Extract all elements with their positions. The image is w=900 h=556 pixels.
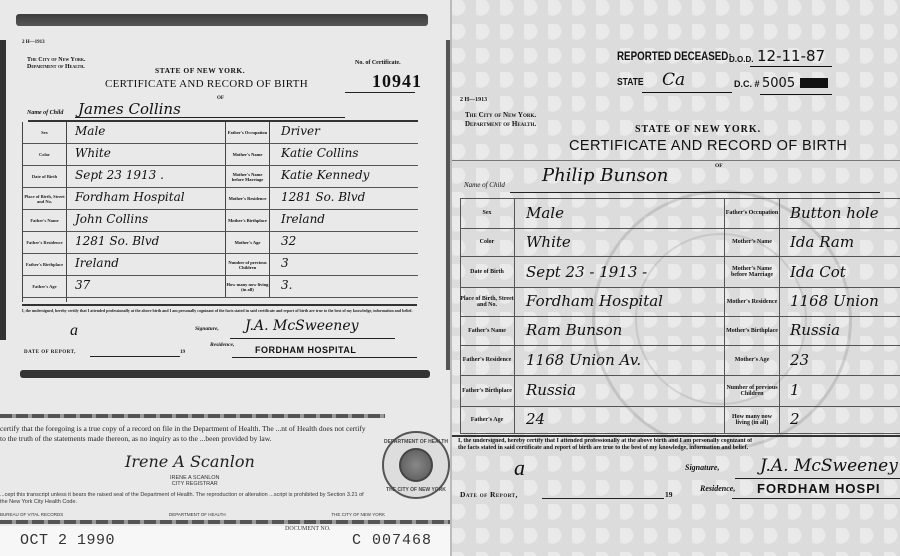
border-pattern (0, 414, 385, 418)
field-value: Fordham Hospital (75, 190, 185, 204)
table-row: Father's Name John Collins Mother's Birt… (23, 210, 418, 232)
field-value: 3 (281, 256, 289, 270)
field-label: Mother's Age (225, 232, 270, 253)
date-of-report-label: DATE OF REPORT, (24, 350, 76, 355)
border-pattern (0, 520, 450, 524)
field-value: 1281 So. Blvd (75, 234, 159, 248)
table-row: Father's Residence 1168 Union Av. Mother… (460, 346, 900, 376)
field-value: Katie Collins (281, 146, 359, 160)
field-value: Russia (790, 321, 900, 339)
table-row: Father's Birthplace Russia Number of pre… (460, 376, 900, 407)
of-label: OF (715, 163, 723, 169)
attestation-text: I, the undersigned, hereby certify that … (458, 438, 900, 452)
field-value: 1168 Union (790, 292, 900, 310)
date-of-report-year: 19 (665, 490, 673, 499)
table-row: Date of Birth Sept 23 1913 . Mother's Na… (23, 166, 418, 188)
copy-shadow-top (16, 14, 428, 26)
date-of-death: 12-11-87 (757, 47, 825, 65)
divider (760, 94, 832, 95)
certificate-title: CERTIFICATE AND RECORD OF BIRTH (105, 78, 308, 90)
footer-department: DEPARTMENT OF HEALTH (169, 512, 226, 517)
reproduction-warning: ...cept this transcript unless it bears … (0, 492, 370, 506)
attestation-line: the facts stated in said certificate and… (458, 445, 900, 452)
field-label: Father's Age (460, 407, 514, 433)
death-certificate-number: 5005 (762, 76, 795, 91)
footer-bureau: BUREAU OF VITAL RECORDS (0, 512, 63, 517)
department-of-health-seal-icon: DEPARTMENT OF HEALTH THE CITY OF NEW YOR… (382, 431, 450, 499)
field-value: Male (75, 124, 105, 138)
signature-label: Signature, (195, 326, 219, 332)
field-value: Driver (281, 124, 320, 138)
death-state-label: STATE (617, 77, 644, 88)
document-number: C 007468 (352, 532, 432, 549)
certificate-philip-bunson: REPORTED DECEASED: D.O.D. 12-11-87 STATE… (450, 0, 900, 556)
field-value: Russia (526, 381, 576, 399)
form-code: 2 H—1913 (22, 40, 45, 45)
date-of-report-year: 19 (180, 350, 185, 355)
registrar-signature: Irene A Scanlon (125, 452, 255, 471)
field-label: Father's Occupation (724, 198, 780, 228)
field-value: Button hole (790, 204, 900, 222)
field-label: Father's Residence (460, 346, 514, 375)
signature: J.A. McSweeney (760, 456, 898, 476)
certify-text: certify that the foregoing is a true cop… (0, 424, 370, 444)
table-row: Date of Birth Sept 23 - 1913 - Mother's … (460, 257, 900, 288)
issuer: The City of New York. Department of Heal… (27, 57, 86, 71)
certificate-title: CERTIFICATE AND RECORD OF BIRTH (569, 138, 847, 154)
of-label: OF (217, 96, 224, 101)
document-no-label: DOCUMENT NO. (285, 526, 331, 532)
divider (345, 92, 415, 93)
field-label: How many now living (in all) (724, 407, 780, 433)
child-name-label: Name of Child (27, 110, 63, 116)
table-row: Father's Birthplace Ireland Number of pr… (23, 254, 418, 276)
field-label: Color (460, 229, 514, 256)
state-heading: STATE OF NEW YORK. (635, 124, 761, 135)
field-value: Ida Ram (790, 233, 900, 251)
field-value: Fordham Hospital (526, 292, 663, 310)
field-value: White (526, 233, 571, 251)
attendant-mark: a (514, 455, 525, 481)
field-value: 2 (790, 410, 900, 428)
field-value: Male (526, 204, 564, 222)
divider (642, 92, 732, 93)
divider (90, 356, 180, 357)
signature-label: Signature, (685, 463, 719, 472)
seal-emblem-icon (399, 448, 433, 482)
field-label: Mother's Name (724, 229, 780, 256)
divider (735, 478, 900, 479)
field-label: Father's Age (23, 276, 66, 297)
field-label: Father's Birthplace (23, 254, 66, 275)
field-value: 32 (281, 234, 296, 248)
divider (75, 117, 345, 118)
field-label: Father's Birthplace (460, 376, 514, 406)
form-code: 2 H—1913 (460, 97, 487, 103)
field-label: Father's Occupation (225, 122, 270, 143)
issuer-department: Department of Health. (27, 64, 86, 71)
field-value: 23 (790, 351, 900, 369)
field-value: Sept 23 - 1913 - (526, 263, 647, 281)
divider (750, 66, 832, 67)
field-label: Mother's Name before Marriage (724, 257, 780, 287)
field-label: Father's Name (23, 210, 66, 231)
field-value: Katie Kennedy (281, 168, 369, 182)
copy-shadow-bottom (20, 370, 430, 378)
divider (230, 338, 395, 339)
signature: J.A. McSweeney (245, 318, 359, 334)
attestation-text: I, the undersigned, hereby certify that … (22, 308, 417, 313)
field-label: Father's Residence (23, 232, 66, 253)
field-label: Sex (23, 122, 66, 143)
residence-label: Residence, (210, 342, 234, 348)
table-row: Place of Birth, Street and No. Fordham H… (23, 188, 418, 210)
field-value: Ida Cot (790, 263, 900, 281)
field-label: Mother's Residence (225, 188, 270, 209)
issuer-city: The City of New York. (27, 57, 86, 64)
certificate-no-label: No. of Certificate. (355, 60, 401, 66)
field-label: Place of Birth, Street and No. (460, 288, 514, 316)
field-label: Color (23, 144, 66, 165)
table-row: Father's Age 37 How many now living (in … (23, 276, 418, 298)
divider (232, 357, 417, 358)
table-row: Color White Mother's Name Katie Collins (23, 144, 418, 166)
field-value: 1168 Union Av. (526, 351, 641, 369)
child-name: Philip Bunson (542, 165, 668, 186)
certificate-number: 10941 (372, 71, 422, 92)
field-label: Father's Name (460, 317, 514, 345)
table-row: Father's Age 24 How many now living (in … (460, 407, 900, 434)
table-row: Color White Mother's Name Ida Ram (460, 229, 900, 257)
field-label: Sex (460, 198, 514, 228)
dod-label: D.O.D. (729, 55, 753, 64)
field-label: Number of previous Children (724, 376, 780, 406)
birth-record-table: Sex Male Father's Occupation Button hole… (460, 198, 900, 434)
table-row: Sex Male Father's Occupation Button hole (460, 198, 900, 229)
birth-record-table: Sex Male Father's Occupation Driver Colo… (22, 122, 417, 302)
field-value: 37 (75, 278, 90, 292)
field-value: White (75, 146, 111, 160)
redaction-mark (800, 78, 828, 88)
table-row: Place of Birth, Street and No. Fordham H… (460, 288, 900, 317)
seal-text-top: DEPARTMENT OF HEALTH (384, 439, 448, 445)
field-value: 1281 So. Blvd (281, 190, 365, 204)
field-value: 1 (790, 381, 900, 399)
issuer-department: Department of Health. (465, 120, 536, 129)
divider (22, 304, 417, 306)
registrar-footer: BUREAU OF VITAL RECORDS DEPARTMENT OF HE… (0, 512, 385, 517)
residence-stamp: FORDHAM HOSPITAL (255, 345, 356, 355)
registrar-title: CITY REGISTRAR (170, 481, 220, 487)
field-value: Ram Bunson (526, 321, 622, 339)
divider (452, 435, 900, 437)
field-label: How many now living (in all) (225, 276, 270, 297)
divider (452, 160, 900, 161)
field-label: Mother's Birthplace (225, 210, 270, 231)
divider (510, 192, 880, 193)
registrar-name-block: IRENE A SCANLON CITY REGISTRAR (170, 475, 220, 487)
issue-date-stamp: OCT 2 1990 (20, 532, 115, 549)
divider (732, 498, 900, 499)
residence-label: Residence, (700, 484, 735, 493)
field-label: Mother's Name before Marriage (225, 166, 270, 187)
attestation-line: I, the undersigned, hereby certify that … (458, 438, 900, 445)
divider (542, 498, 664, 499)
field-label: Mother's Name (225, 144, 270, 165)
issuer-city: The City of New York. (465, 111, 536, 120)
seal-text-bottom: THE CITY OF NEW YORK (384, 487, 448, 493)
date-of-report-label: Date of Report, (460, 490, 518, 499)
table-row: Father's Residence 1281 So. Blvd Mother'… (23, 232, 418, 254)
field-label: Mother's Age (724, 346, 780, 375)
field-label: Mother's Birthplace (724, 317, 780, 345)
certificate-james-collins: 2 H—1913 The City of New York. Departmen… (0, 0, 450, 556)
field-label: Number of previous Children (225, 254, 270, 275)
state-heading: STATE OF NEW YORK. (155, 66, 245, 75)
field-value: 3. (281, 278, 292, 292)
copy-shadow-left (0, 40, 6, 340)
residence-stamp: FORDHAM HOSPI (757, 481, 881, 496)
death-certificate-label: D.C. # (734, 79, 760, 89)
child-name-label: Name of Child (464, 181, 505, 189)
field-value: Sept 23 1913 . (75, 168, 164, 182)
footer-city: THE CITY OF NEW YORK (331, 512, 385, 517)
field-value: 24 (526, 410, 545, 428)
field-label: Mother's Residence (724, 288, 780, 316)
field-value: Ireland (281, 212, 325, 226)
reported-deceased-label: REPORTED DECEASED: (617, 51, 732, 63)
table-row: Sex Male Father's Occupation Driver (23, 122, 418, 144)
child-name: James Collins (78, 100, 181, 118)
field-label: Date of Birth (460, 257, 514, 287)
field-value: Ireland (75, 256, 119, 270)
attendant-mark: a (70, 322, 78, 340)
field-label: Place of Birth, Street and No. (23, 188, 66, 209)
table-row: Father's Name Ram Bunson Mother's Birthp… (460, 317, 900, 346)
field-label: Date of Birth (23, 166, 66, 187)
issuer: The City of New York. Department of Heal… (465, 111, 536, 129)
field-value: John Collins (75, 212, 148, 226)
death-state: Ca (662, 70, 685, 90)
